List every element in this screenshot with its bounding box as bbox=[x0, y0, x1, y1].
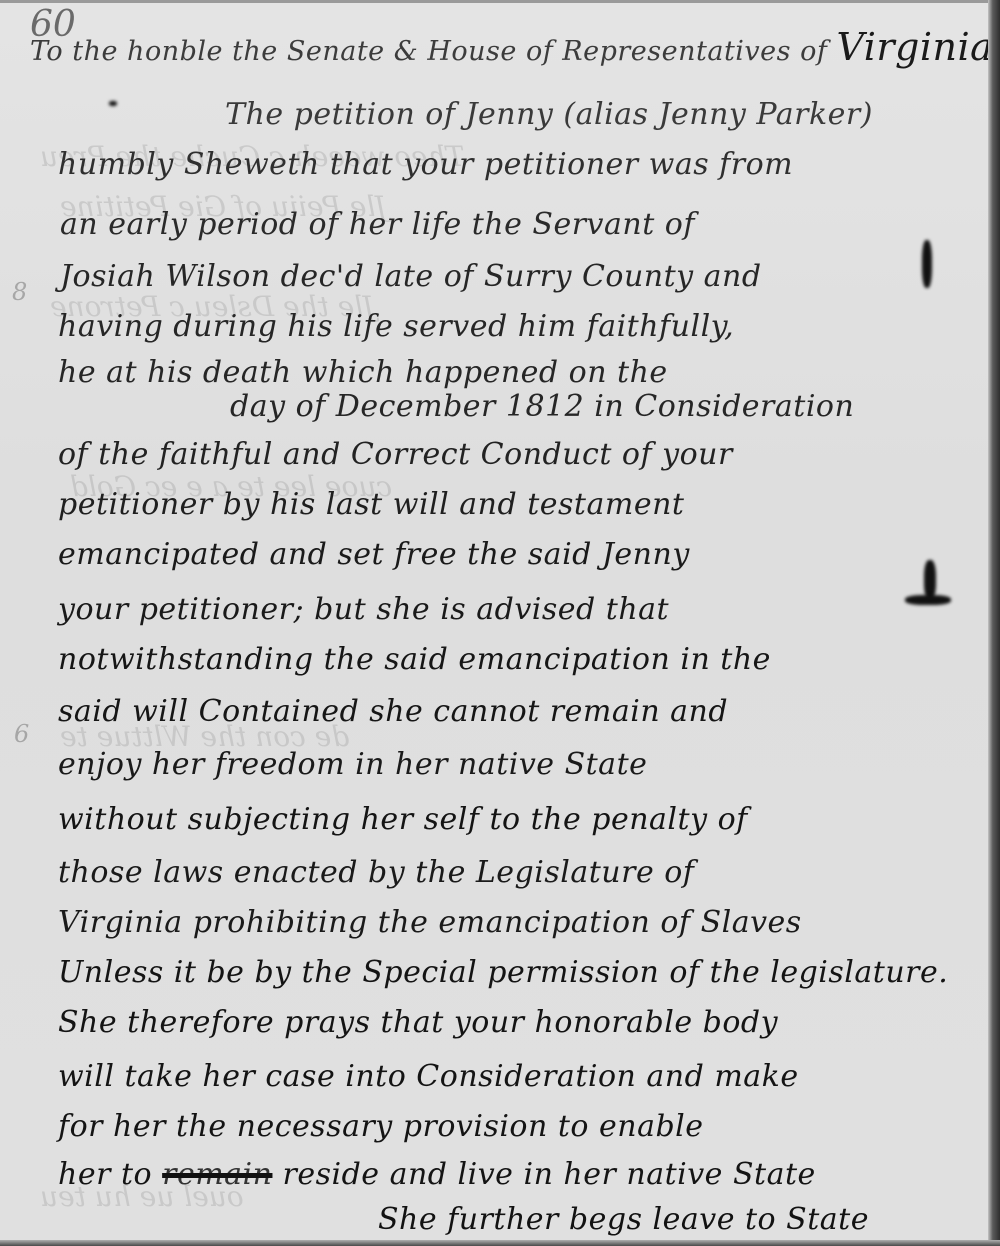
text-line: of the faithful and Correct Conduct of y… bbox=[58, 440, 733, 470]
address-heading: To the honble the Senate & House of Repr… bbox=[30, 28, 988, 66]
heading-text: To the honble the Senate & House of Repr… bbox=[30, 36, 827, 67]
ink-blot bbox=[924, 560, 936, 600]
text-line: emancipated and set free the said Jenny bbox=[58, 540, 690, 570]
text-line: Josiah Wilson dec'd late of Surry County… bbox=[60, 262, 762, 292]
text-line: having during his life served him faithf… bbox=[58, 312, 734, 342]
text-line: petitioner by his last will and testamen… bbox=[58, 490, 684, 520]
text-line: those laws enacted by the Legislature of bbox=[58, 858, 694, 888]
text-line: enjoy her freedom in her native State bbox=[58, 750, 647, 780]
text-line: Virginia prohibiting the emancipation of… bbox=[58, 908, 802, 938]
text-line: day of December 1812 in Consideration bbox=[230, 392, 854, 422]
text-fragment: reside and live in her native State bbox=[283, 1157, 816, 1192]
text-line: your petitioner; but she is advised that bbox=[58, 595, 669, 625]
text-line: notwithstanding the said emancipation in… bbox=[58, 645, 771, 675]
text-line: he at his death which happened on the bbox=[58, 358, 668, 388]
text-line: Unless it be by the Special permission o… bbox=[58, 958, 948, 988]
margin-mark: 8 bbox=[12, 278, 27, 306]
text-line: will take her case into Consideration an… bbox=[58, 1062, 799, 1092]
margin-mark: 6 bbox=[14, 720, 29, 748]
text-line: She further begs leave to State bbox=[378, 1205, 869, 1235]
text-line: She therefore prays that your honorable … bbox=[58, 1008, 778, 1038]
ink-blot bbox=[905, 595, 951, 605]
page-edge-shadow bbox=[0, 1240, 1000, 1246]
ink-dot bbox=[109, 101, 117, 106]
text-line: an early period of her life the Servant … bbox=[60, 210, 695, 240]
text-line: humbly Sheweth that your petitioner was … bbox=[58, 150, 793, 180]
text-line: said will Contained she cannot remain an… bbox=[58, 697, 728, 727]
heading-state: Virginia bbox=[836, 25, 988, 69]
struck-word: remain bbox=[162, 1157, 272, 1192]
ink-blot bbox=[922, 240, 932, 288]
text-line: without subjecting her self to the penal… bbox=[58, 805, 748, 835]
text-line: for her the necessary provision to enabl… bbox=[58, 1112, 704, 1142]
text-line-with-strikeout: her to remain reside and live in her nat… bbox=[58, 1160, 816, 1190]
manuscript-page: Theo weeeh c Cuche the Preu Jle Peiiu of… bbox=[0, 0, 988, 1240]
page-edge-shadow bbox=[988, 0, 1000, 1246]
text-fragment: her to bbox=[58, 1157, 152, 1192]
text-line: The petition of Jenny (alias Jenny Parke… bbox=[225, 100, 873, 130]
